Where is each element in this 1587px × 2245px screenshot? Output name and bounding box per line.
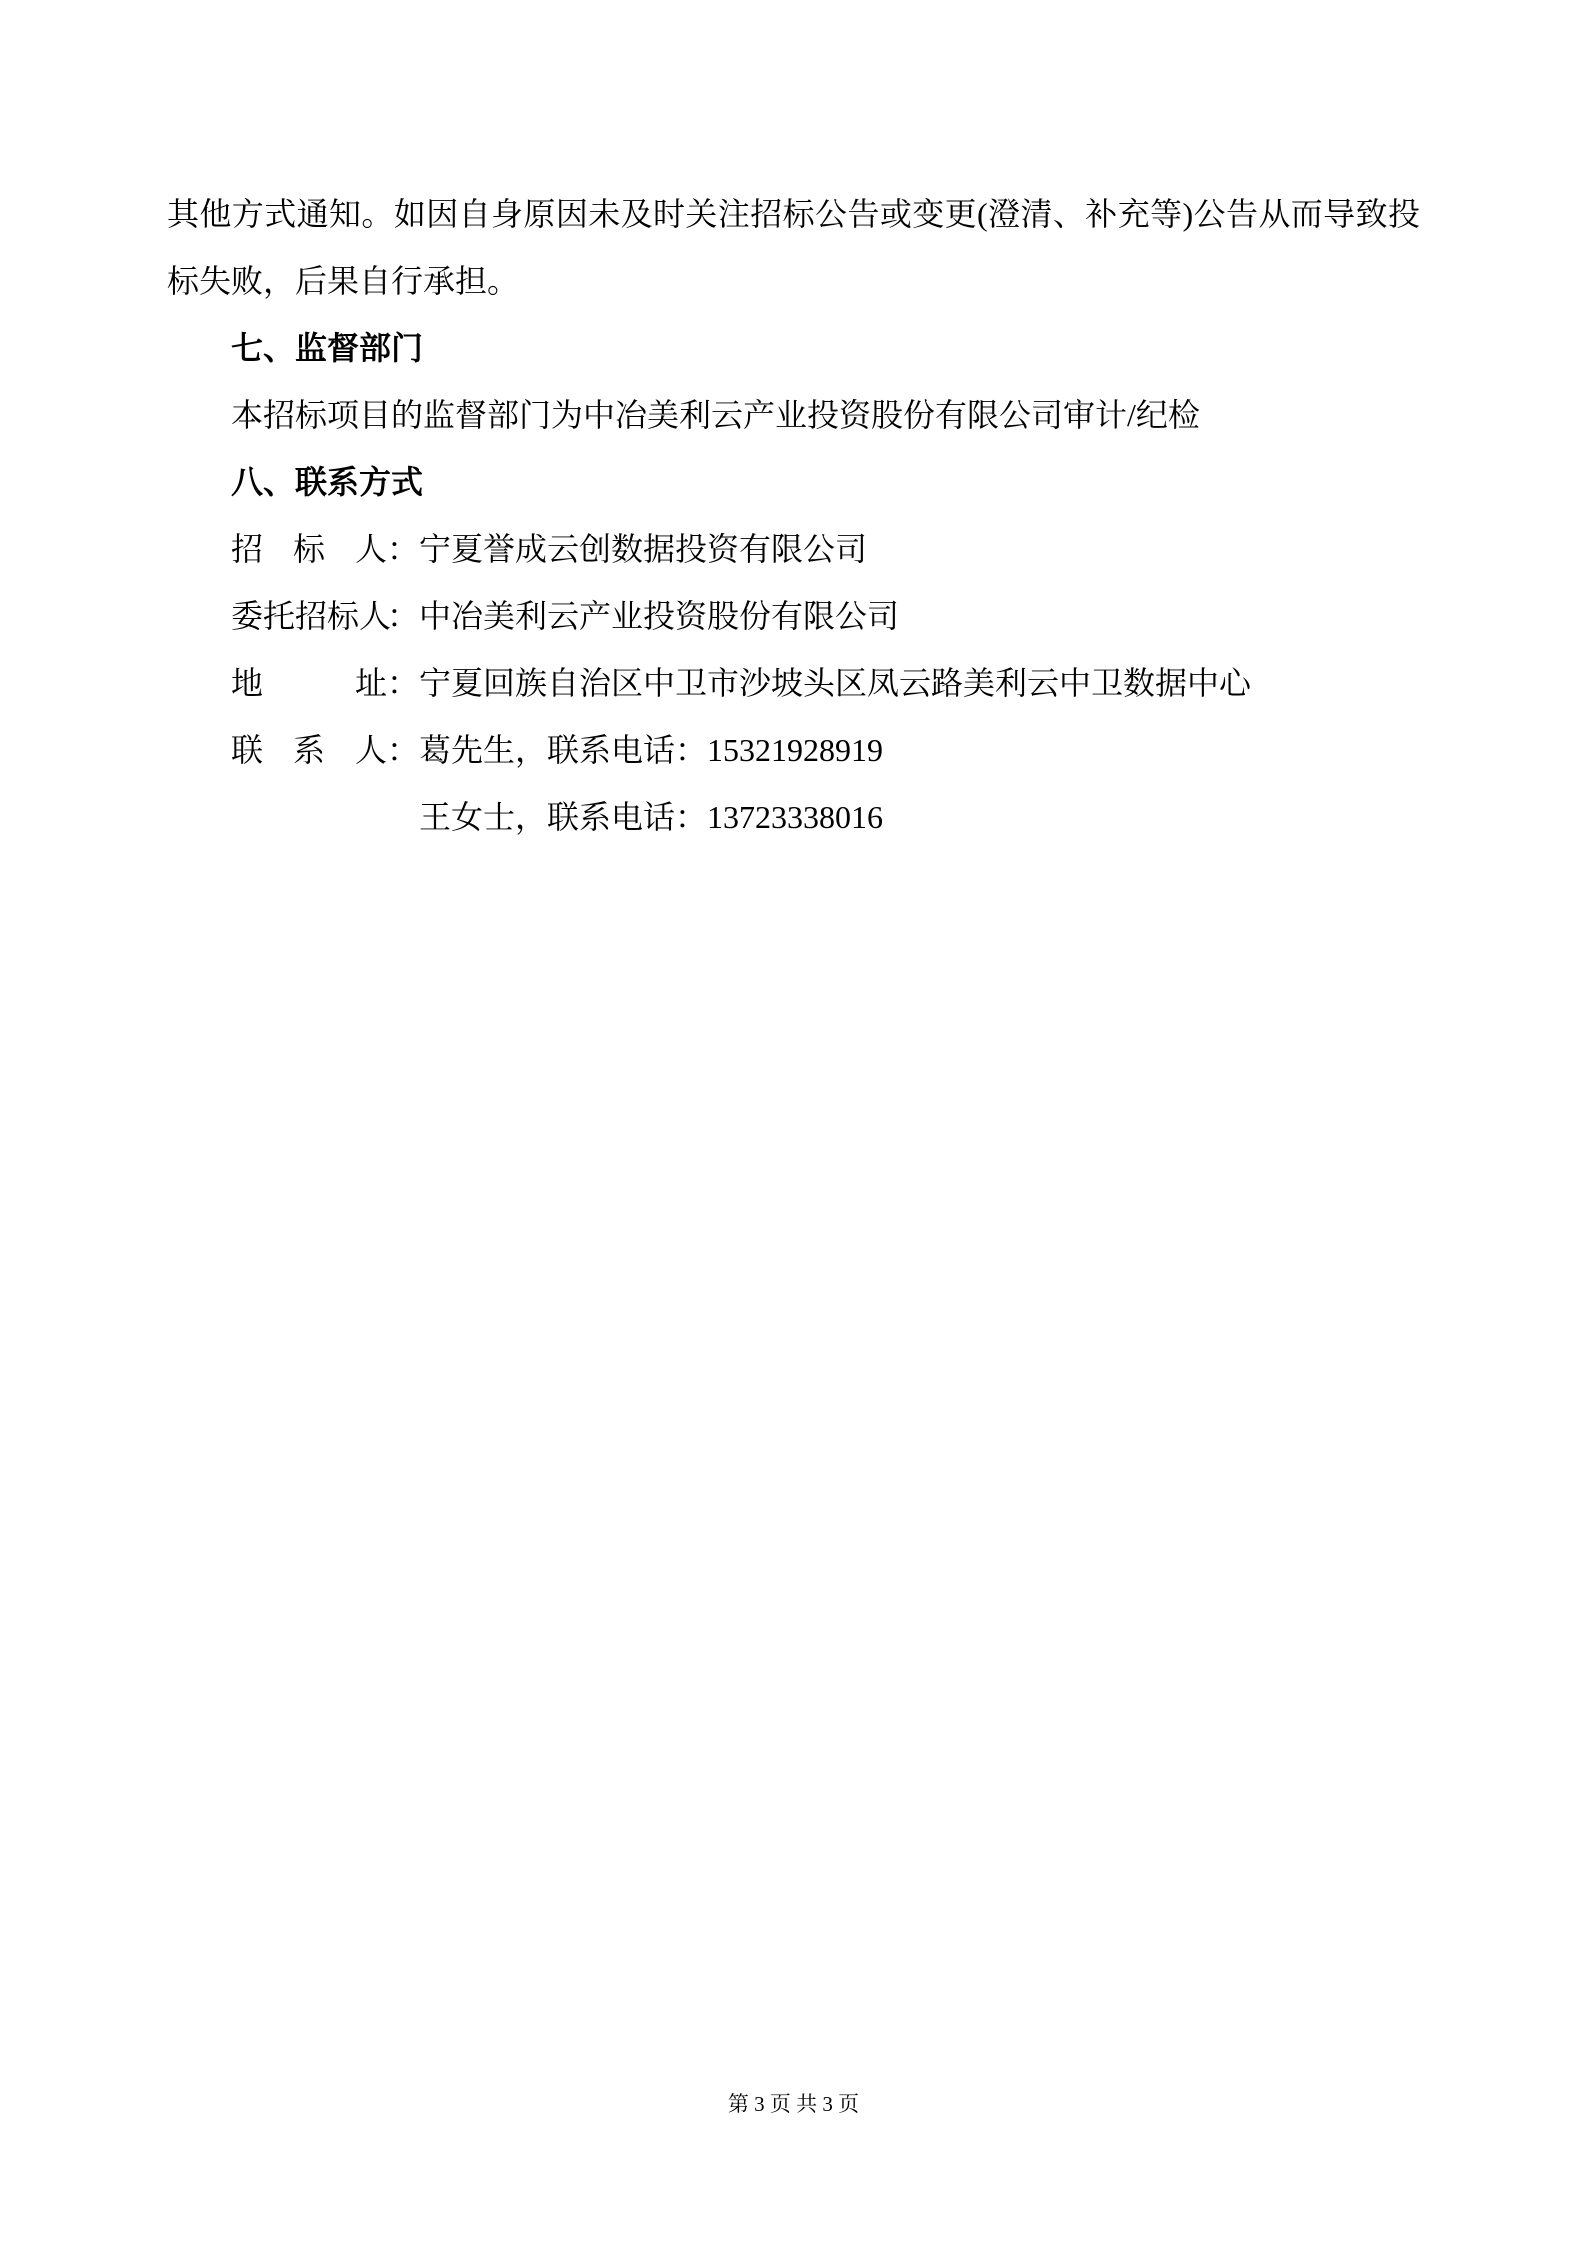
colon: ： (387, 717, 419, 784)
contact-value-entrusted-tenderer: 中冶美利云产业投资股份有限公司 (419, 583, 899, 650)
contact-value-address: 宁夏回族自治区中卫市沙坡头区凤云路美利云中卫数据中心 (419, 650, 1251, 717)
contact-row-address: 地址：宁夏回族自治区中卫市沙坡头区凤云路美利云中卫数据中心 (231, 650, 1420, 717)
document-content: 其他方式通知。如因自身原因未及时关注招标公告或变更(澄清、补充等)公告从而导致投… (167, 181, 1420, 851)
colon: ： (387, 583, 419, 650)
section-supervision-heading: 七、监督部门 (231, 315, 1420, 382)
section-supervision-body: 本招标项目的监督部门为中冶美利云产业投资股份有限公司审计/纪检 (231, 382, 1420, 449)
contact-row-contact-person-2: ：王女士，联系电话：13723338016 (231, 784, 1420, 851)
contact-value-tenderer: 宁夏誉成云创数据投资有限公司 (419, 516, 867, 583)
contact-label-tenderer: 招标人 (231, 516, 387, 583)
continuation-paragraph-line-2: 标失败，后果自行承担。 (167, 248, 1420, 315)
contact-label-contact-person: 联系人 (231, 717, 387, 784)
contact-row-entrusted-tenderer: 委托招标人：中冶美利云产业投资股份有限公司 (231, 583, 1420, 650)
contact-label-empty (231, 784, 387, 851)
contact-label-entrusted-tenderer: 委托招标人 (231, 583, 387, 650)
colon: ： (387, 650, 419, 717)
contact-row-contact-person-1: 联系人：葛先生，联系电话：15321928919 (231, 717, 1420, 784)
page-number-footer: 第 3 页 共 3 页 (0, 2092, 1587, 2116)
continuation-paragraph-line-1: 其他方式通知。如因自身原因未及时关注招标公告或变更(澄清、补充等)公告从而导致投 (167, 181, 1420, 248)
contact-value-contact-person-2: 王女士，联系电话：13723338016 (419, 784, 883, 851)
section-contact-heading: 八、联系方式 (231, 449, 1420, 516)
contact-row-tenderer: 招标人：宁夏誉成云创数据投资有限公司 (231, 516, 1420, 583)
document-page: 其他方式通知。如因自身原因未及时关注招标公告或变更(澄清、补充等)公告从而导致投… (0, 0, 1587, 2245)
contact-value-contact-person-1: 葛先生，联系电话：15321928919 (419, 717, 883, 784)
contact-label-address: 地址 (231, 650, 387, 717)
colon: ： (387, 516, 419, 583)
